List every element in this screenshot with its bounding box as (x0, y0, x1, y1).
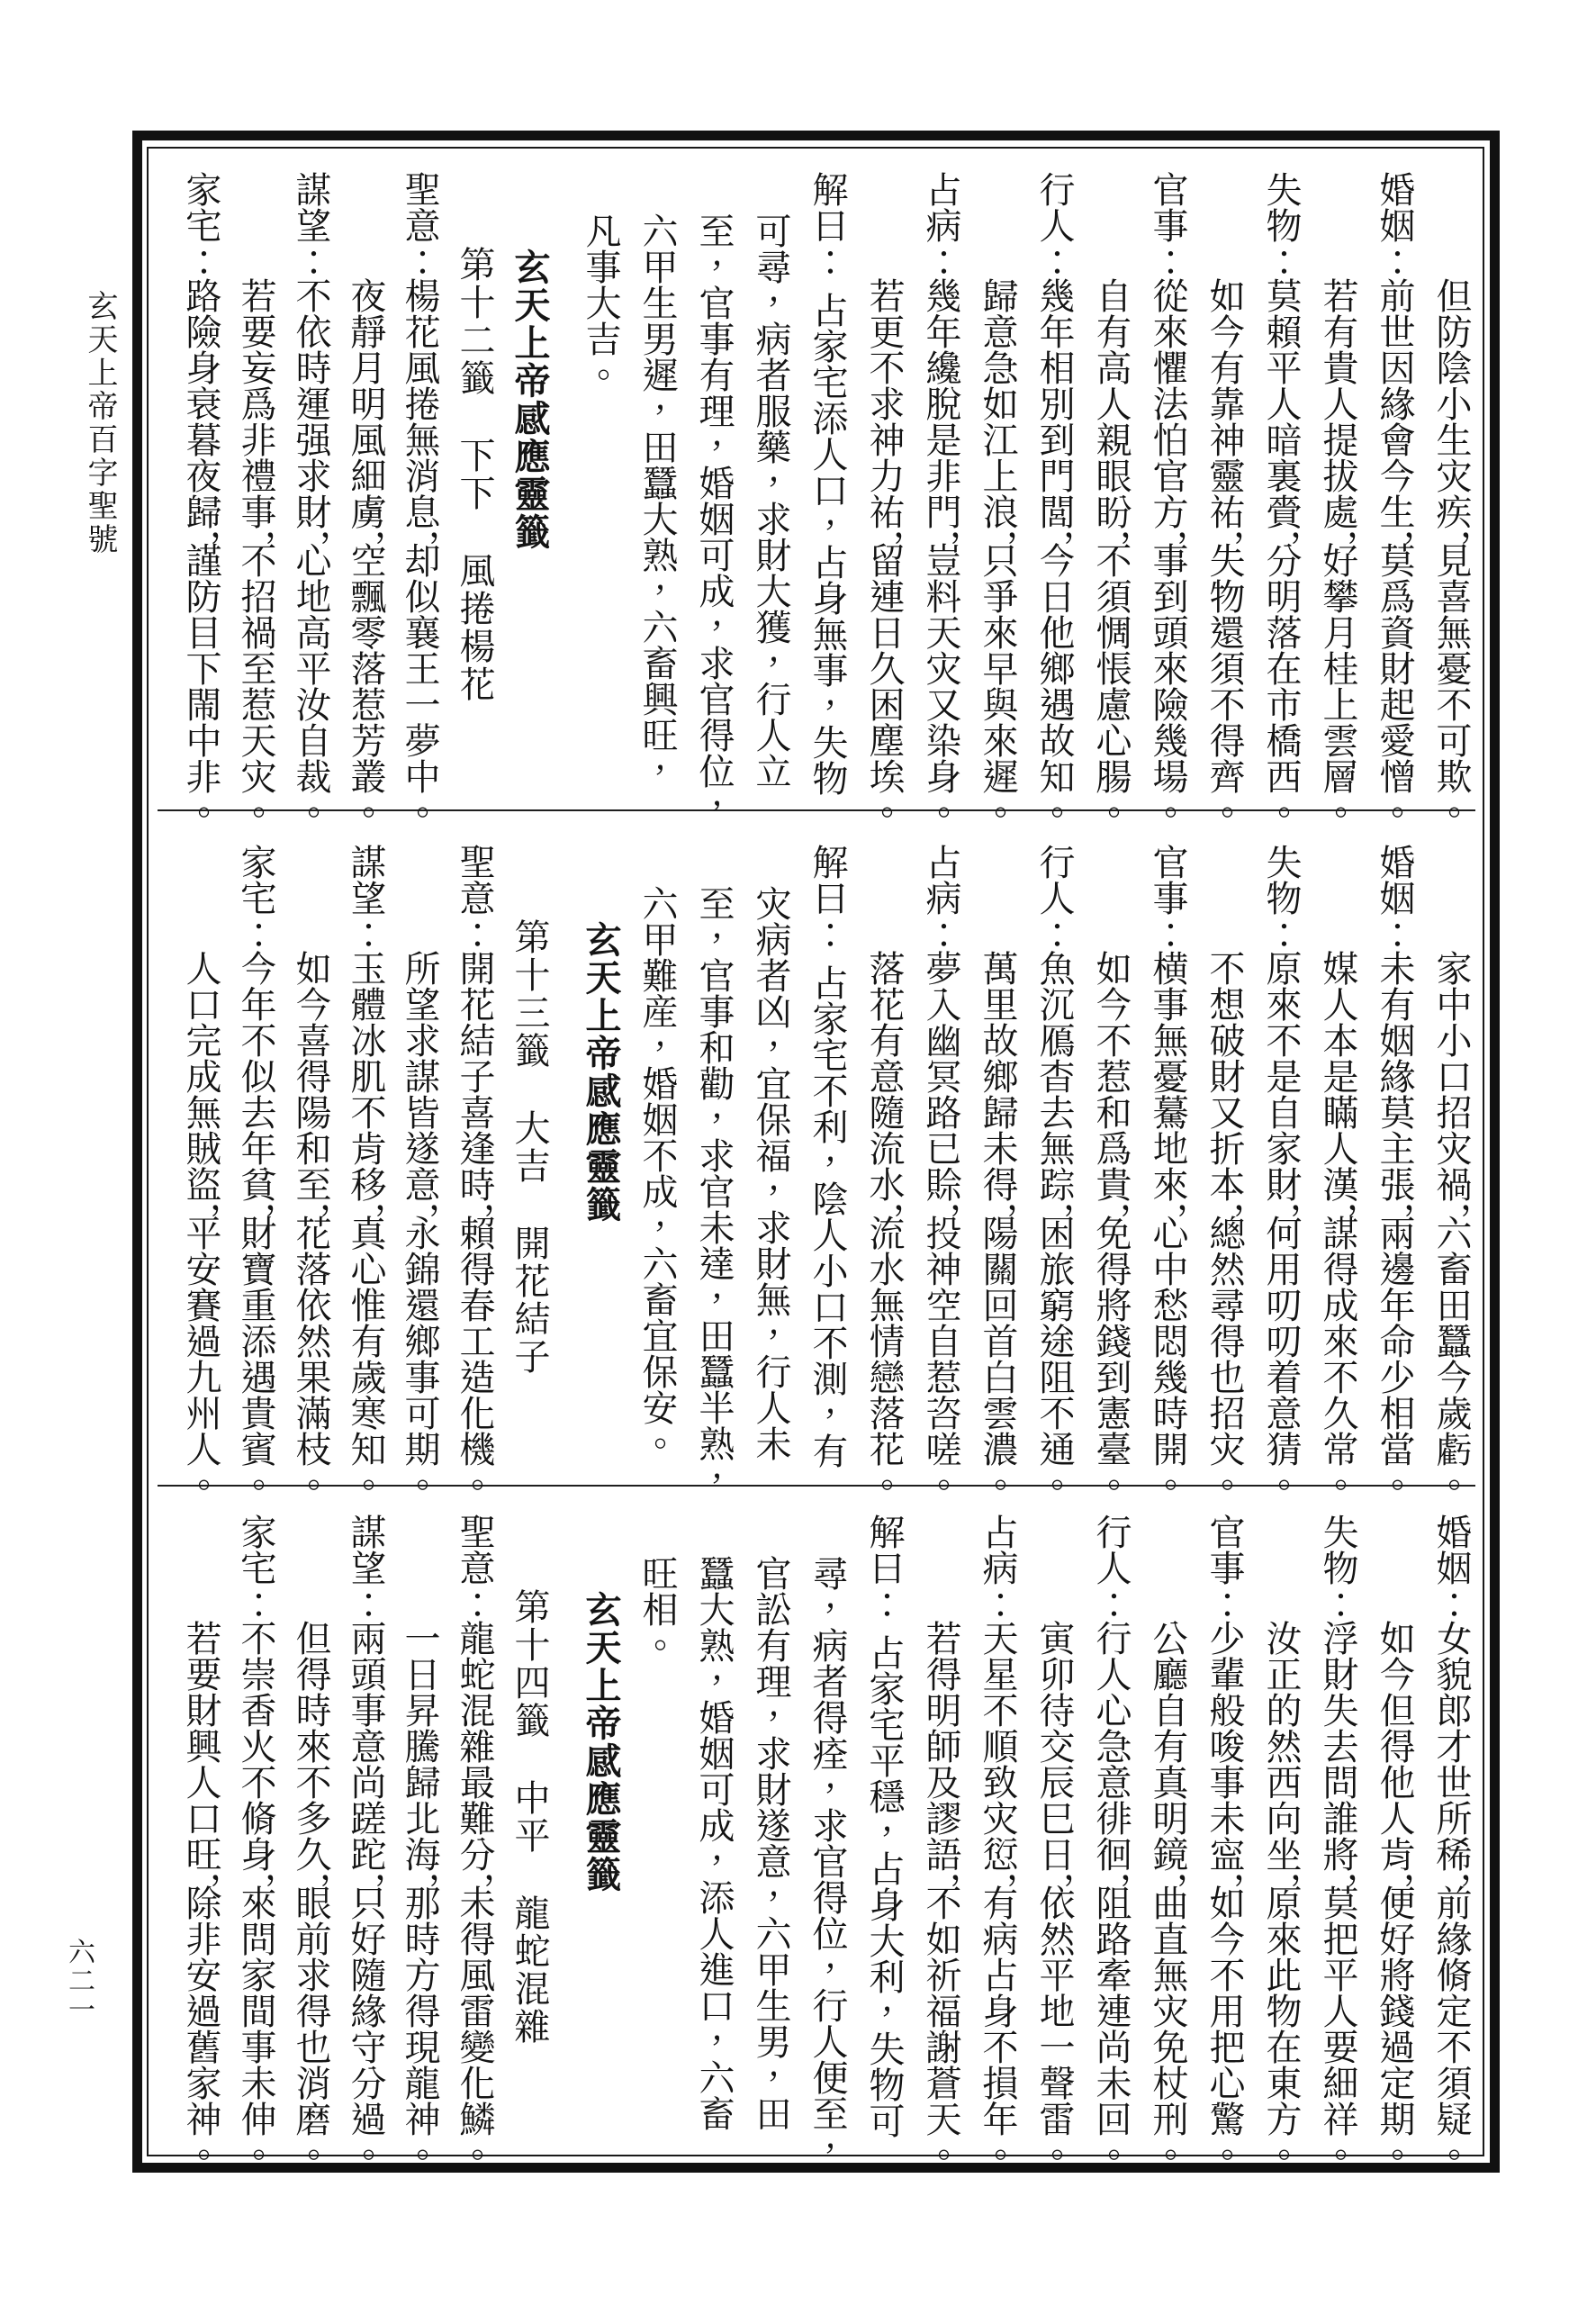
commentary-text: 至，官事有理，婚姻可成，求官得位， (686, 212, 742, 825)
lot-header-column: 第十四籤中平龍蛇混雜 (501, 1514, 557, 2046)
verse-text: 汝正的然西向坐，原來此物在東方。 (1253, 1620, 1309, 2173)
verse-text: 萬里故鄉歸未得，陽關回首白雲濃。 (969, 950, 1025, 1503)
verse-text: 不依時運强求財，心地高平汝自裁。 (283, 277, 338, 830)
verse-column: 謀望：不依時運强求財，心地高平汝自裁。 (283, 171, 338, 830)
lot-number: 第十二籤 (446, 246, 502, 397)
commentary-column: 蠶大熟，婚姻可成，添人進口，六畜 (686, 1514, 742, 2131)
verse-column: 如今但得他人肯，便好將錢過定期。 (1366, 1514, 1422, 2173)
verse-text: 自有高人親眼盼，不須惆悵慮心腸。 (1083, 277, 1139, 830)
lot-title: 玄天上帝感應靈籤 (501, 249, 557, 551)
verse-text: 原來不是自家財，何用叨叨着意猜。 (1253, 950, 1309, 1503)
verse-text: 楊花風捲無消息，却似襄王一夢中。 (392, 277, 447, 830)
commentary-column: 六甲難産，婚姻不成，六畜宜保安。 (629, 844, 685, 1461)
verse-text: 從來懼法怕官方，事到頭來險幾場。 (1140, 277, 1195, 830)
verse-text: 落花有意隨流水，流水無情戀落花。 (856, 950, 912, 1503)
verse-text: 幾年相別到門閭，今日他鄉遇故知。 (1026, 277, 1082, 830)
category-label: 失物： (1253, 171, 1309, 277)
commentary-column: 解曰：占家宅不利，陰人小口不測，有 (799, 844, 855, 1469)
verse-text: 若有貴人提拔處，好攀月桂上雲層。 (1310, 277, 1366, 830)
verse-text: 不想破財又折本，總然尋得也招灾。 (1196, 950, 1252, 1503)
lot-name: 龍蛇混雜 (501, 1894, 557, 2046)
verse-column: 占病：天星不順致灾愆，有病占身不損年。 (969, 1514, 1025, 2173)
verse-column: 但防陰小生灾疾，見喜無憂不可欺。 (1423, 171, 1479, 830)
verse-column: 一日昇騰歸北海，那時方得現龍神。 (392, 1514, 447, 2173)
verse-text: 如今有靠神靈祐，失物還須不得齊。 (1196, 277, 1252, 830)
verse-text: 歸意急如江上浪，只爭來早與來遲。 (969, 277, 1025, 830)
verse-column: 聖意：龍蛇混雜最難分，未得風雷變化鱗。 (446, 1514, 502, 2173)
verse-column: 家宅：路險身衰暮夜歸，謹防目下閙中非。 (173, 171, 229, 830)
commentary-column: 解曰：占家宅平穩，占身大利，失物可 (856, 1514, 912, 2138)
category-label: 婚姻： (1423, 1514, 1479, 1620)
running-header: 玄天上帝百字聖號 (81, 290, 119, 556)
verse-column: 行人：幾年相別到門閭，今日他鄉遇故知。 (1026, 171, 1082, 830)
verse-text: 若要財興人口旺，除非安過舊家神。 (173, 1620, 229, 2173)
category-label: 聖意： (446, 844, 502, 950)
verse-text: 如今不惹和爲貴，免得將錢到憲臺。 (1083, 950, 1139, 1503)
verse-text: 但得時來不多久，眼前求得也消磨。 (283, 1620, 338, 2173)
verse-column: 聖意：楊花風捲無消息，却似襄王一夢中。 (392, 171, 447, 830)
verse-text: 一日昇騰歸北海，那時方得現龍神。 (392, 1620, 447, 2173)
category-label: 占病： (913, 171, 969, 277)
category-label: 婚姻： (1366, 844, 1422, 950)
category-label: 婚姻： (1366, 171, 1422, 277)
commentary-column: 解曰：占家宅添人口，占身無事，失物 (799, 171, 855, 796)
commentary-text: 至，官事和勸，求官未達，田蠶半熟， (686, 885, 742, 1497)
verse-column: 官事：少輩般唆事未寍，如今不用把心驚。 (1196, 1514, 1252, 2173)
verse-column: 夜靜月明風細虜，空飄零落惹芳叢。 (338, 171, 393, 830)
commentary-column: 至，官事有理，婚姻可成，求官得位， (686, 171, 742, 825)
verse-column: 占病：夢入幽冥路已賒，投神空自惹咨嗟。 (913, 844, 969, 1503)
verse-column: 所望求謀皆遂意，永錦還鄉事可期。 (392, 844, 447, 1503)
category-label: 行人： (1026, 844, 1082, 950)
category-label: 占病： (969, 1514, 1025, 1620)
verse-column: 行人：魚沉鴈杳去無踪，困旅窮途阻不通。 (1026, 844, 1082, 1503)
category-label: 占病： (913, 844, 969, 950)
verse-text: 行人心急意徘徊，阻路牽連尚未回。 (1083, 1620, 1139, 2173)
commentary-column: 六甲生男遲，田蠶大熟，六畜興旺， (629, 171, 685, 789)
verse-column: 若更不求神力祐，留連日久困塵埃。 (856, 171, 912, 830)
lot-grade: 下下 (446, 437, 502, 512)
commentary-column: 官訟有理，求財遂意，六甲生男，田 (743, 1514, 798, 2131)
verse-column: 家中小口招灾禍，六畜田蠶今歲虧。 (1423, 844, 1479, 1503)
commentary-text: 官訟有理，求財遂意，六甲生男，田 (743, 1555, 798, 2131)
page-number: 六二一 (60, 1938, 96, 2024)
verse-column: 家宅：不崇香火不脩身，來問家間事未伸。 (228, 1514, 284, 2173)
lot-grade: 中平 (501, 1779, 557, 1855)
verse-column: 聖意：開花結子喜逢時，賴得春工造化機。 (446, 844, 502, 1503)
category-label: 失物： (1310, 1514, 1366, 1620)
verse-text: 兩頭事意尚蹉跎，只好隨緣守分過。 (338, 1620, 393, 2173)
verse-column: 失物：莫賴平人暗裏賫，分明落在市橋西。 (1253, 171, 1309, 830)
lot-header-column: 第十三籤大吉開花結子 (501, 844, 557, 1376)
category-label: 謀望： (338, 844, 393, 950)
book-page: 玄天上帝百字聖號 六二一 但防陰小生灾疾，見喜無憂不可欺。 婚姻：前世因緣會今生… (0, 0, 1596, 2305)
verse-text: 不崇香火不脩身，來問家間事未伸。 (228, 1620, 284, 2173)
verse-text: 天星不順致灾愆，有病占身不損年。 (969, 1620, 1025, 2173)
verse-column: 媒人本是瞞人漢，謀得成來不久常。 (1310, 844, 1366, 1503)
verse-text: 開花結子喜逢時，賴得春工造化機。 (446, 950, 502, 1503)
lot-title: 玄天上帝感應靈籤 (573, 1591, 628, 1894)
verse-text: 如今但得他人肯，便好將錢過定期。 (1366, 1620, 1422, 2173)
verse-text: 莫賴平人暗裏賫，分明落在市橋西。 (1253, 277, 1309, 830)
verse-column: 失物：浮財失去問誰將，莫把平人要細祥。 (1310, 1514, 1366, 2173)
verse-column: 人口完成無賊盜，平安賽過九州人。 (173, 844, 229, 1503)
verse-column: 家宅：今年不似去年貧，財寶重添遇貴賓。 (228, 844, 284, 1503)
verse-text: 夜靜月明風細虜，空飄零落惹芳叢。 (338, 277, 393, 830)
verse-column: 寅卯待交辰巳日，依然平地一聲雷。 (1026, 1514, 1082, 2173)
lot-title: 玄天上帝感應靈籤 (573, 921, 628, 1224)
verse-column: 萬里故鄉歸未得，陽關回首白雲濃。 (969, 844, 1025, 1503)
verse-text: 今年不似去年貧，財寶重添遇貴賓。 (228, 950, 284, 1503)
verse-column: 汝正的然西向坐，原來此物在東方。 (1253, 1514, 1309, 2173)
verse-column: 官事：從來懼法怕官方，事到頭來險幾場。 (1140, 171, 1195, 830)
verse-text: 如今喜得陽和至，花落依然果滿枝。 (283, 950, 338, 1503)
lot-title-column: 玄天上帝感應靈籤 (573, 844, 628, 1224)
category-label: 謀望： (338, 1514, 393, 1620)
lot-number: 第十三籤 (501, 918, 557, 1070)
verse-text: 未有姻緣莫主張，兩邊年命少相當。 (1366, 950, 1422, 1503)
commentary-text: 旺相。 (629, 1555, 685, 1663)
verse-column: 如今喜得陽和至，花落依然果滿枝。 (283, 844, 338, 1503)
verse-column: 如今有靠神靈祐，失物還須不得齊。 (1196, 171, 1252, 830)
verse-text: 龍蛇混雜最難分，未得風雷變化鱗。 (446, 1620, 502, 2173)
lot-title-column: 玄天上帝感應靈籤 (501, 171, 557, 551)
commentary-label: 解曰： (799, 844, 855, 964)
verse-text: 人口完成無賊盜，平安賽過九州人。 (173, 950, 229, 1503)
verse-column: 婚姻：前世因緣會今生，莫爲資財起愛憎。 (1366, 171, 1422, 830)
verse-column: 失物：原來不是自家財，何用叨叨着意猜。 (1253, 844, 1309, 1503)
verse-text: 少輩般唆事未寍，如今不用把心驚。 (1196, 1620, 1252, 2173)
commentary-column: 旺相。 (629, 1514, 685, 1663)
category-label: 失物： (1253, 844, 1309, 950)
verse-text: 玉體冰肌不肯移，真心惟有歲寒知。 (338, 950, 393, 1503)
commentary-text: 尋，病者得痊，求官得位，行人便至， (799, 1555, 855, 2167)
commentary-label: 解曰： (856, 1514, 912, 1634)
commentary-text: 灾病者凶，宜保福，求財無，行人未 (743, 885, 798, 1461)
verse-column: 婚姻：未有姻緣莫主張，兩邊年命少相當。 (1366, 844, 1422, 1503)
verse-text: 路險身衰暮夜歸，謹防目下閙中非。 (173, 277, 229, 830)
verse-text: 所望求謀皆遂意，永錦還鄉事可期。 (392, 950, 447, 1503)
verse-column: 若得明師及謬語，不如祈福謝蒼天。 (913, 1514, 969, 2173)
verse-text: 浮財失去問誰將，莫把平人要細祥。 (1310, 1620, 1366, 2173)
lot-title-column: 玄天上帝感應靈籤 (573, 1514, 628, 1894)
lot-grade: 大吉 (501, 1109, 557, 1185)
commentary-text: 可尋，病者服藥，求財大獲，行人立 (743, 212, 798, 789)
verse-column: 若要妄爲非禮事，不招禍至惹天灾。 (228, 171, 284, 830)
category-label: 家宅： (228, 1514, 284, 1620)
category-label: 聖意： (446, 1514, 502, 1620)
commentary-text: 凡事大吉。 (573, 212, 628, 393)
commentary-column: 尋，病者得痊，求官得位，行人便至， (799, 1514, 855, 2167)
lot-name: 開花結子 (501, 1225, 557, 1376)
commentary-column: 凡事大吉。 (573, 171, 628, 393)
verse-column: 不想破財又折本，總然尋得也招灾。 (1196, 844, 1252, 1503)
lot-header-column: 第十二籤下下風捲楊花 (446, 171, 502, 703)
verse-text: 若更不求神力祐，留連日久困塵埃。 (856, 277, 912, 830)
verse-text: 幾年纔脫是非門，豈料天灾又染身。 (913, 277, 969, 830)
verse-column: 謀望：玉體冰肌不肯移，真心惟有歲寒知。 (338, 844, 393, 1503)
commentary-text: 六甲生男遲，田蠶大熟，六畜興旺， (629, 212, 685, 789)
verse-column: 謀望：兩頭事意尚蹉跎，只好隨緣守分過。 (338, 1514, 393, 2173)
category-label: 官事： (1140, 171, 1195, 277)
category-label: 家宅： (228, 844, 284, 950)
commentary-text: 占家宅不利，陰人小口不測，有 (799, 964, 855, 1469)
category-label: 謀望： (283, 171, 338, 277)
commentary-text: 占家宅添人口，占身無事，失物 (799, 292, 855, 796)
commentary-text: 六甲難産，婚姻不成，六畜宜保安。 (629, 885, 685, 1461)
verse-column: 如今不惹和爲貴，免得將錢到憲臺。 (1083, 844, 1139, 1503)
verse-column: 占病：幾年纔脫是非門，豈料天灾又染身。 (913, 171, 969, 830)
commentary-column: 灾病者凶，宜保福，求財無，行人未 (743, 844, 798, 1461)
commentary-column: 至，官事和勸，求官未達，田蠶半熟， (686, 844, 742, 1497)
verse-text: 但防陰小生灾疾，見喜無憂不可欺。 (1423, 277, 1479, 830)
verse-column: 婚姻：女貌郎才世所稀，前緣脩定不須疑。 (1423, 1514, 1479, 2173)
category-label: 官事： (1196, 1514, 1252, 1620)
verse-column: 但得時來不多久，眼前求得也消磨。 (283, 1514, 338, 2173)
verse-text: 公廳自有真明鏡，曲直無灾免杖刑。 (1140, 1620, 1195, 2173)
verse-text: 夢入幽冥路已賒，投神空自惹咨嗟。 (913, 950, 969, 1503)
verse-column: 自有高人親眼盼，不須惆悵慮心腸。 (1083, 171, 1139, 830)
category-label: 聖意： (392, 171, 447, 277)
category-label: 行人： (1083, 1514, 1139, 1620)
lot-name: 風捲楊花 (446, 552, 502, 703)
verse-text: 媒人本是瞞人漢，謀得成來不久常。 (1310, 950, 1366, 1503)
verse-text: 若要妄爲非禮事，不招禍至惹天灾。 (228, 277, 284, 830)
verse-column: 若有貴人提拔處，好攀月桂上雲層。 (1310, 171, 1366, 830)
verse-text: 前世因緣會今生，莫爲資財起愛憎。 (1366, 277, 1422, 830)
verse-column: 落花有意隨流水，流水無情戀落花。 (856, 844, 912, 1503)
verse-column: 若要財興人口旺，除非安過舊家神。 (173, 1514, 229, 2173)
verse-text: 若得明師及謬語，不如祈福謝蒼天。 (913, 1620, 969, 2173)
verse-text: 魚沉鴈杳去無踪，困旅窮途阻不通。 (1026, 950, 1082, 1503)
verse-column: 行人：行人心急意徘徊，阻路牽連尚未回。 (1083, 1514, 1139, 2173)
verse-column: 公廳自有真明鏡，曲直無灾免杖刑。 (1140, 1514, 1195, 2173)
lot-number: 第十四籤 (501, 1588, 557, 1740)
verse-column: 官事：横事無憂驀地來，心中愁悶幾時開。 (1140, 844, 1195, 1503)
commentary-label: 解曰： (799, 171, 855, 292)
category-label: 行人： (1026, 171, 1082, 277)
commentary-column: 可尋，病者服藥，求財大獲，行人立 (743, 171, 798, 789)
verse-text: 寅卯待交辰巳日，依然平地一聲雷。 (1026, 1620, 1082, 2173)
category-label: 官事： (1140, 844, 1195, 950)
commentary-text: 蠶大熟，婚姻可成，添人進口，六畜 (686, 1555, 742, 2131)
verse-text: 女貌郎才世所稀，前緣脩定不須疑。 (1423, 1620, 1479, 2173)
verse-text: 家中小口招灾禍，六畜田蠶今歲虧。 (1423, 950, 1479, 1503)
commentary-text: 占家宅平穩，占身大利，失物可 (856, 1634, 912, 2138)
verse-text: 横事無憂驀地來，心中愁悶幾時開。 (1140, 950, 1195, 1503)
category-label: 家宅： (173, 171, 229, 277)
verse-column: 歸意急如江上浪，只爭來早與來遲。 (969, 171, 1025, 830)
